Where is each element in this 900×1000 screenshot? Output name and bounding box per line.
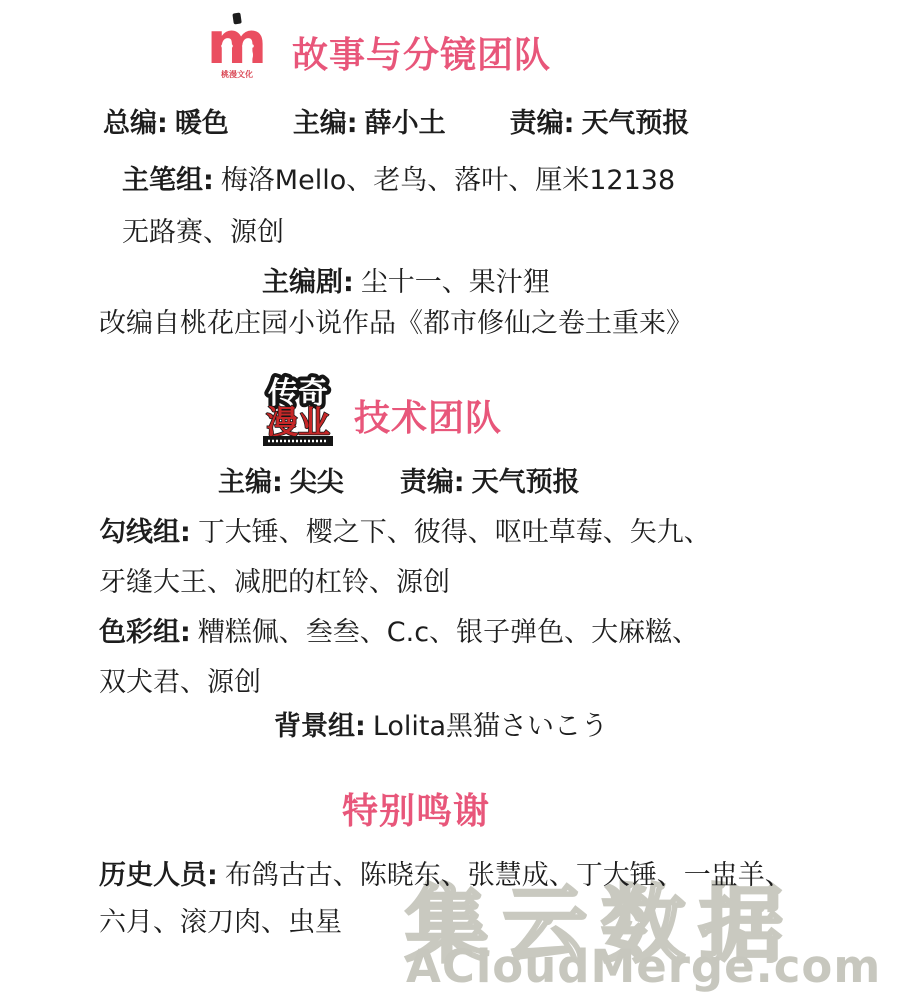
line-group-line1: 勾线组:丁大锤、樱之下、彼得、呕吐草莓、矢九、: [99, 510, 711, 549]
color-group-names: 糟糕佩、叁叁、C.c、银子弹色、大麻糍、: [198, 617, 699, 648]
line-group-names: 丁大锤、樱之下、彼得、呕吐草莓、矢九、: [198, 517, 711, 548]
history-staff-line1: 历史人员:布鸽古古、陈晓东、张慧成、丁大锤、一盅羊、: [99, 853, 792, 892]
duty-editor-name: 天气预报: [581, 108, 689, 139]
chief-editor-entry: 总编:暖色: [103, 101, 229, 140]
background-group-label: 背景组:: [274, 711, 366, 742]
watermark-url: ACloudMerge.com: [406, 940, 881, 993]
line-group-line2: 牙缝大王、减肥的杠铃、源创: [99, 560, 450, 599]
paw-toe-icon: [225, 43, 229, 47]
paw-toe-icon: [229, 44, 233, 48]
background-group-line: 背景组:Lolita黑猫さいこう: [274, 704, 608, 743]
tech-main-editor-label: 主编:: [218, 467, 283, 498]
screenwriter-names: 尘十一、果汁狸: [361, 267, 550, 298]
main-editor-entry: 主编:薛小土: [293, 101, 446, 140]
paw-pad-icon: [222, 48, 232, 63]
color-group-line2: 双犬君、源创: [99, 660, 261, 699]
duty-editor-label: 责编:: [510, 108, 575, 139]
paw-pad-icon: [243, 48, 253, 63]
tech-duty-editor-label: 责编:: [400, 467, 465, 498]
tech-team-title: 技术团队: [354, 390, 502, 441]
tech-duty-editor-entry: 责编:天气预报: [400, 460, 580, 499]
pen-group-names: 梅洛Mello、老鸟、落叶、厘米12138: [221, 165, 675, 196]
logo-m-letter: m: [207, 12, 267, 77]
tech-main-editor-entry: 主编:尖尖: [218, 460, 344, 499]
pen-group-line1: 主笔组:梅洛Mello、老鸟、落叶、厘米12138: [122, 158, 675, 197]
paw-toe-icon: [221, 44, 225, 48]
screenwriter-label: 主编剧:: [262, 267, 354, 298]
story-editors-row: 总编:暖色 主编:薛小土 责编:天气预报: [103, 101, 689, 140]
background-group-names: Lolita黑猫さいこう: [373, 711, 608, 742]
paw-toe-icon: [246, 43, 250, 47]
paw-toe-icon: [250, 44, 254, 48]
paw-toe-icon: [242, 44, 246, 48]
stamp-logo-bottom-text: 漫业: [266, 403, 330, 441]
color-group-line1: 色彩组:糟糕佩、叁叁、C.c、银子弹色、大麻糍、: [99, 610, 699, 649]
tech-duty-editor-name: 天气预报: [472, 467, 580, 498]
history-staff-names: 布鸽古古、陈晓东、张慧成、丁大锤、一盅羊、: [225, 860, 792, 891]
momo-paw-m-logo: m 桃漫文化: [206, 12, 268, 84]
color-group-label: 色彩组:: [99, 617, 191, 648]
chief-editor-name: 暖色: [175, 108, 229, 139]
line-group-label: 勾线组:: [99, 517, 191, 548]
history-staff-label: 历史人员:: [99, 860, 218, 891]
logo-caption: 桃漫文化: [221, 69, 253, 79]
credits-page: 集云数据 ACloudMerge.com m 桃漫文化 故事与分镜团队 总编:暖…: [0, 0, 900, 1000]
chief-editor-label: 总编:: [103, 108, 168, 139]
tech-main-editor-name: 尖尖: [290, 467, 344, 498]
story-team-title: 故事与分镜团队: [292, 27, 551, 78]
history-staff-line2: 六月、滚刀肉、虫星: [99, 900, 342, 939]
tech-editors-row: 主编:尖尖 责编:天气预报: [218, 460, 580, 499]
screenwriter-line: 主编剧:尘十一、果汁狸: [262, 260, 550, 299]
main-editor-name: 薛小土: [365, 108, 446, 139]
adaptation-note: 改编自桃花庄园小说作品《都市修仙之卷土重来》: [99, 301, 693, 340]
pen-group-label: 主笔组:: [122, 165, 214, 196]
main-editor-label: 主编:: [293, 108, 358, 139]
special-thanks-title: 特别鸣谢: [342, 783, 490, 834]
legend-comics-stamp-logo: 传奇 漫业: [254, 370, 342, 452]
pen-group-line2: 无路赛、源创: [122, 210, 284, 249]
duty-editor-entry: 责编:天气预报: [510, 101, 690, 140]
